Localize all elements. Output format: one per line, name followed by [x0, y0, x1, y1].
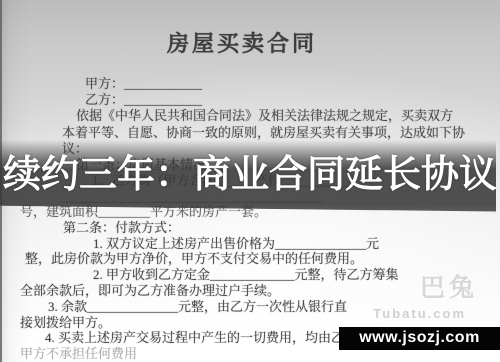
contract-line: 2. 甲方收到乙方定金_____________元整，待乙方筹集 — [20, 267, 500, 283]
contract-line: 乙方：____________ — [62, 92, 500, 108]
headline-text: 续约三年：商业合同延长协议 — [3, 153, 496, 197]
screenshot-root: 房屋买卖合同 甲方：____________乙方：____________依据《… — [0, 0, 500, 362]
contract-line: 全部余款后，即可为乙方准备办理过户手续。 — [20, 283, 500, 299]
contract-line: 本着平等、自愿、协商一致的原则，就房屋买卖有关事项，达成如下协 — [62, 125, 500, 141]
contract-line: 1. 双方议定上述房产出售价格为______________元 — [20, 236, 500, 252]
contract-line: 第二条：付款方式： — [20, 220, 500, 236]
contract-line: 整，此房价款为甲方净价，甲方不支付交易中的任何费用。 — [20, 251, 500, 267]
site-watermark-badge: www.jsozj.com — [339, 327, 500, 350]
headline-band: 续约三年：商业合同延长协议 — [0, 140, 496, 213]
contract-line: 依据《中华人民共和国合同法》及相关法律法规之规定，买卖双方 — [62, 108, 500, 124]
contract-title: 房屋买卖合同 — [0, 27, 492, 58]
contract-line: 3. 余款______________元整，由乙方一次性从银行直 — [20, 299, 500, 315]
contract-line: 甲方：____________ — [62, 76, 500, 92]
site-url-text: www.jsozj.com — [359, 329, 480, 346]
